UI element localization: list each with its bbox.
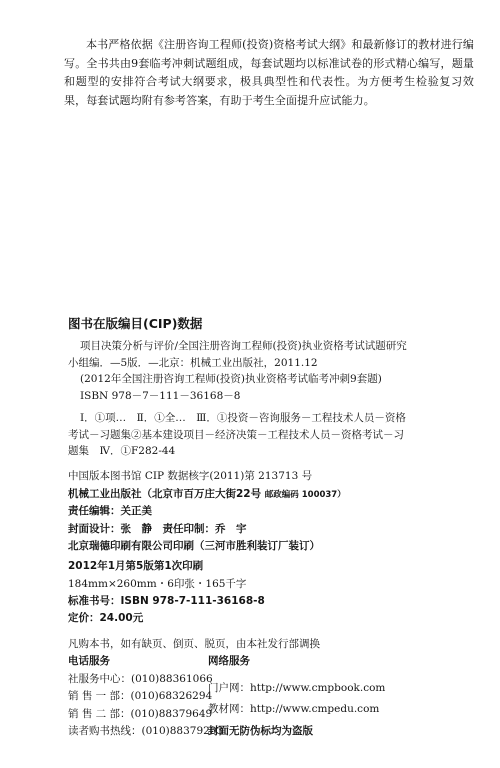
edition: 2012年1月第5版第1次印刷 — [68, 558, 203, 573]
phone-service-header: 电话服务 — [68, 653, 110, 668]
printer: 北京瑞德印刷有限公司印刷（三河市胜利装订厂装订） — [68, 538, 320, 553]
editor: 责任编辑：关正美 — [68, 503, 152, 518]
phone-service-center: 社服务中心：(010)88361066 — [68, 671, 213, 686]
intro-paragraph: 本书严格依据《注册咨询工程师(投资)资格考试大纲》和最新修订的教材进行编写。全书… — [64, 36, 474, 110]
phone-sales-1: 销 售 一 部：(010)68326294 — [68, 688, 212, 703]
web-education: 教材网：http://www.cmpedu.com — [208, 701, 379, 716]
design-credits: 封面设计：张 静 责任印制：乔 宇 — [68, 521, 247, 536]
cip-isbn: ISBN 978－7－111－36168－8 — [68, 388, 413, 405]
cip-block: 项目决策分析与评价/全国注册咨询工程师(投资)执业资格考试试题研究小组编．—5版… — [68, 338, 413, 484]
price: 定价：24.00元 — [68, 610, 143, 625]
publisher-postcode: 邮政编码 100037） — [265, 490, 346, 500]
web-portal: 门户网：http://www.cmpbook.com — [208, 680, 385, 695]
standard-isbn: 标准书号：ISBN 978-7-111-36168-8 — [68, 593, 265, 608]
phone-sales-2: 销 售 二 部：(010)88379649 — [68, 706, 212, 721]
cip-classification: Ⅰ．①项… Ⅱ．①全… Ⅲ．①投资－咨询服务－工程技术人员－资格考试－习题集②基… — [68, 410, 413, 460]
cip-record: 中国版本图书馆 CIP 数据核字(2011)第 213713 号 — [68, 468, 413, 485]
publisher-line: 机械工业出版社（北京市百万庄大街22号 邮政编码 100037） — [68, 486, 346, 501]
format: 184mm×260mm・6印张・165千字 — [68, 576, 246, 591]
cip-title: 图书在版编目(CIP)数据 — [68, 314, 202, 332]
publisher-name: 机械工业出版社（北京市百万庄大街22号 — [68, 488, 261, 500]
anti-piracy-notice: 封面无防伪标均为盗版 — [208, 723, 313, 738]
replacement-notice: 凡购本书，如有缺页、倒页、脱页，由本社发行部调换 — [68, 636, 320, 651]
cip-main-entry: 项目决策分析与评价/全国注册咨询工程师(投资)执业资格考试试题研究小组编．—5版… — [68, 338, 413, 371]
cip-series: (2012年全国注册咨询工程师(投资)执业资格考试临考冲刺9套题) — [68, 371, 413, 388]
intro-section: 本书严格依据《注册咨询工程师(投资)资格考试大纲》和最新修订的教材进行编写。全书… — [64, 36, 474, 110]
web-service-header: 网络服务 — [208, 653, 250, 668]
phone-hotline: 读者购书热线：(010)88379203 — [68, 723, 223, 738]
